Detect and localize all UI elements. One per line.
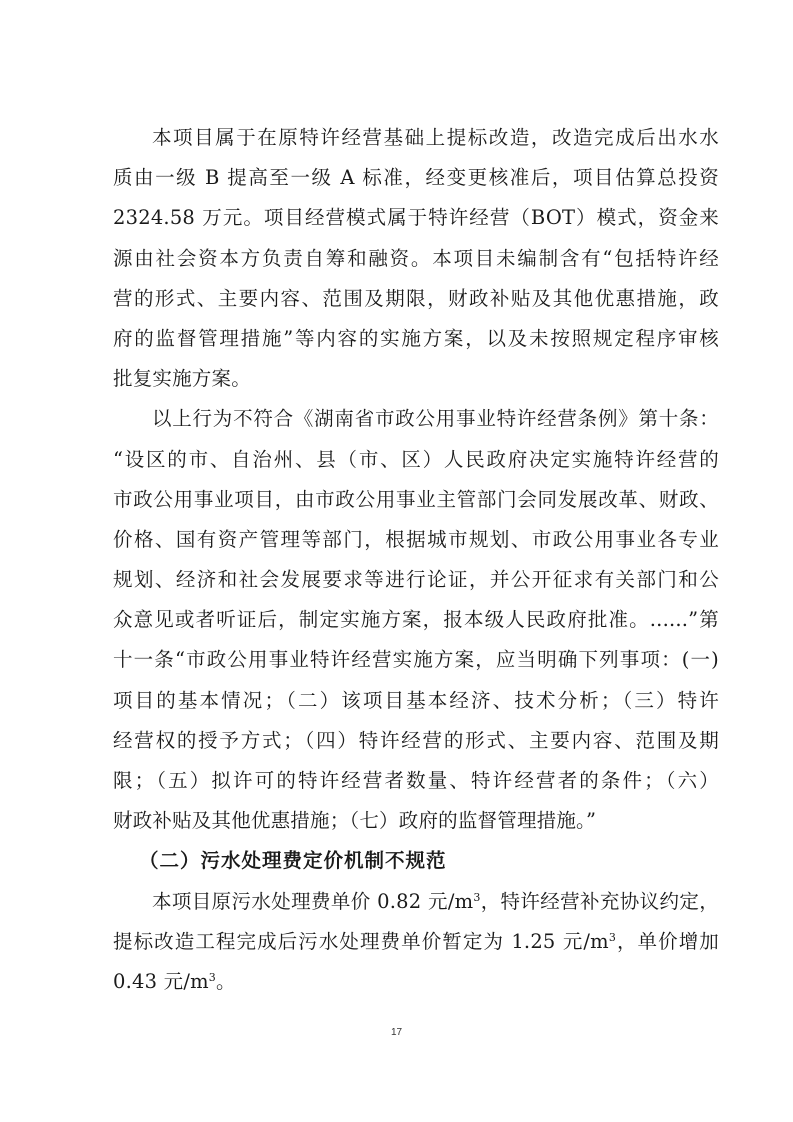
page-number: 17 (0, 1027, 793, 1038)
text-line: 规划、经济和社会发展要求等进行论证，并公开征求有关部门和公 (113, 560, 719, 600)
text-line: 十一条“市政公用事业特许经营实施方案，应当明确下列事项：(一) (113, 640, 719, 680)
superscript-cubic: 3 (209, 971, 216, 984)
text-line: 限；（五）拟许可的特许经营者数量、特许经营者的条件；（六） (113, 761, 719, 801)
paragraph-project-overview: 本项目属于在原特许经营基础上提标改造，改造完成后出水水 质由一级 B 提高至一级… (113, 118, 719, 399)
section-heading: （二）污水处理费定价机制不规范 (113, 841, 719, 881)
text-line: 营的形式、主要内容、范围及期限，财政补贴及其他优惠措施，政 (113, 279, 719, 319)
paragraph-sewage-fee: 本项目原污水处理费单价 0.82 元/m3，特许经营补充协议约定， 提标改造工程… (113, 882, 719, 1003)
text-segment: 本项目原污水处理费单价 0.82 元/m (152, 890, 473, 913)
text-line: 质由一级 B 提高至一级 A 标准，经变更核准后，项目估算总投资 (113, 158, 719, 198)
text-line: 项目的基本情况；（二）该项目基本经济、技术分析；（三）特许 (113, 681, 719, 721)
text-line: 本项目属于在原特许经营基础上提标改造，改造完成后出水水 (113, 118, 719, 158)
text-line: 2324.58 万元。项目经营模式属于特许经营（BOT）模式，资金来 (113, 198, 719, 238)
superscript-cubic: 3 (609, 931, 616, 944)
text-line: 本项目原污水处理费单价 0.82 元/m3，特许经营补充协议约定， (113, 882, 719, 922)
text-segment: ，单价增加 (616, 930, 719, 953)
text-segment: 0.43 元/m (113, 970, 209, 993)
text-line: 0.43 元/m3。 (113, 962, 719, 1002)
superscript-cubic: 3 (473, 891, 480, 904)
text-line: 众意见或者听证后，制定实施方案，报本级人民政府批准。......”第 (113, 600, 719, 640)
text-line: 以上行为不符合《湖南省市政公用事业特许经营条例》第十条： (113, 399, 719, 439)
text-line: 经营权的授予方式；（四）特许经营的形式、主要内容、范围及期 (113, 721, 719, 761)
text-line: 市政公用事业项目，由市政公用事业主管部门会同发展改革、财政、 (113, 480, 719, 520)
text-segment: ，特许经营补充协议约定， (481, 890, 719, 913)
text-line: 府的监督管理措施”等内容的实施方案，以及未按照规定程序审核 (113, 319, 719, 359)
text-line: 源由社会资本方负责自筹和融资。本项目未编制含有“包括特许经 (113, 239, 719, 279)
text-line: 财政补贴及其他优惠措施；（七）政府的监督管理措施。” (113, 801, 719, 841)
paragraph-regulation-citation: 以上行为不符合《湖南省市政公用事业特许经营条例》第十条： “设区的市、自治州、县… (113, 399, 719, 841)
text-line: 价格、国有资产管理等部门，根据城市规划、市政公用事业各专业 (113, 520, 719, 560)
document-body: 本项目属于在原特许经营基础上提标改造，改造完成后出水水 质由一级 B 提高至一级… (113, 118, 719, 1002)
text-segment: 。 (216, 970, 236, 993)
text-line: 批复实施方案。 (113, 359, 719, 399)
text-line: 提标改造工程完成后污水处理费单价暂定为 1.25 元/m3，单价增加 (113, 922, 719, 962)
text-line: “设区的市、自治州、县（市、区）人民政府决定实施特许经营的 (113, 440, 719, 480)
document-page: 本项目属于在原特许经营基础上提标改造，改造完成后出水水 质由一级 B 提高至一级… (0, 0, 793, 1122)
text-segment: 提标改造工程完成后污水处理费单价暂定为 1.25 元/m (113, 930, 609, 953)
